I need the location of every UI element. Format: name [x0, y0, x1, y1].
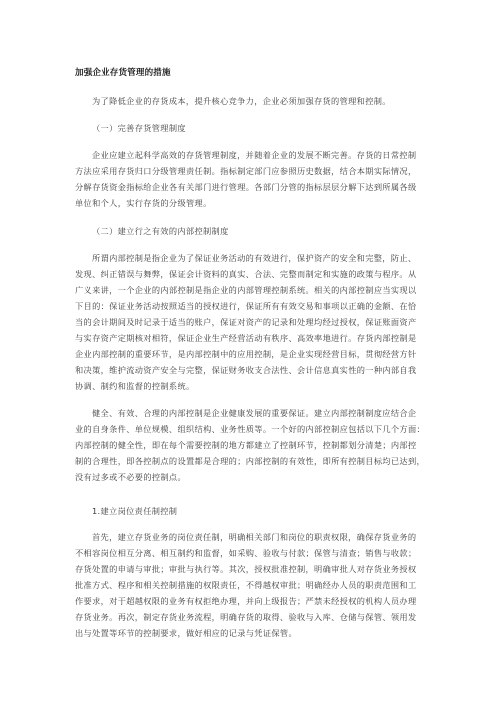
section2-heading: （二）建立行之有效的内部控制制度 — [92, 226, 229, 236]
paragraph-line: 健全、有效、合理的内部控制是企业健康发展的重要保证。建立内部控制制度应结合企 — [92, 408, 416, 418]
paragraph-line: 首先，建立存货业务的岗位责任制，明确相关部门和岗位的职责权限，确保存货业务的 — [92, 532, 416, 542]
paragraph-line: 企业应建立起科学高效的存货管理制度，并随着企业的发展不断完善。存货的日常控制 — [92, 150, 416, 160]
document-title: 加强企业存货管理的措施 — [75, 66, 171, 78]
paragraph-line: 下目的：保证业务活动按照适当的授权进行，保证所有有效交易和事项以正确的金额、在恰 — [75, 301, 417, 311]
subheading-post-responsibility: 1.建立岗位责任制控制 — [92, 506, 177, 516]
paragraph-line: 出与处置等环节的控制要求，做好相应的记录与凭证保管。 — [75, 628, 297, 638]
paragraph-line: 企业内部控制的重要环节，是内部控制中的应用控制，是企业实现经营目标，贯彻经营方针 — [75, 349, 417, 359]
paragraph-line: 协调、制约和监督的控制系统。 — [75, 381, 195, 391]
paragraph-line: 存货业务。再次，制定存货业务流程，明确存货的取得、验收与入库、仓储与保管、领用发 — [75, 612, 417, 622]
paragraph-line: 没有过多或不必要的控制点。 — [75, 472, 186, 482]
paragraph-line: 与实存资产定期核对相符，保证企业生产经营活动有秩序、高效率地进行。存货内部控制是 — [75, 333, 417, 343]
paragraph-line: 批准方式、程序和相关控制措施的权限责任，不得越权审批；明确经办人员的职责范围和工 — [75, 580, 417, 590]
paragraph-line: 单位和个人，实行存货的分级管理。 — [75, 198, 212, 208]
section1-heading: （一）完善存货管理制度 — [92, 123, 186, 133]
document-page: 加强企业存货管理的措施 为了降低企业的存货成本，提升核心竞争力，企业必须加强存货… — [0, 0, 496, 702]
intro-paragraph: 为了降低企业的存货成本，提升核心竞争力，企业必须加强存货的管理和控制。 — [92, 96, 391, 106]
paragraph-line: 内部控制的健全性，即在每个需要控制的地方都建立了控制环节，控制都划分清楚；内部控 — [75, 440, 417, 450]
paragraph-line: 广义来讲，一个企业的内部控制是指企业的内部管理控制系统。相关的内部控制应当实现以 — [75, 285, 417, 295]
paragraph-line: 所谓内部控制是指企业为了保证业务活动的有效进行，保护资产的安全和完整，防止、 — [92, 253, 416, 263]
paragraph-line: 制的合理性，即各控制点的设置都是合理的；内部控制的有效性，即所有控制目标均已达到… — [75, 456, 425, 466]
paragraph-line: 分解存货资金指标给企业各有关部门进行管理。各部门分管的指标层层分解下达到所属各级 — [75, 182, 417, 192]
paragraph-line: 作要求，对于超越权限的业务有权拒绝办理，并向上级报告；严禁未经授权的机构人员办理 — [75, 596, 417, 606]
paragraph-line: 业的自身条件、单位规模、组织结构、业务性质等。一个好的内部控制应包括以下几个方面… — [75, 424, 425, 434]
paragraph-line: 方法应采用存货归口分级管理责任制。指标制定部门应参照历史数据，结合本期实际情况， — [75, 166, 417, 176]
paragraph-line: 存货处置的申请与审批；审批与执行等。其次，授权批准控制，明确审批人对存货业务授权 — [75, 564, 417, 574]
paragraph-line: 不相容岗位相互分离、相互制约和监督，如采购、验收与付款；保管与清查；销售与收款； — [75, 548, 417, 558]
paragraph-line: 发现、纠正错误与舞弊，保证会计资料的真实、合法、完整而制定和实施的政策与程序。从 — [75, 269, 417, 279]
paragraph-line: 和决策，维护流动资产安全与完整，保证财务收支合法性、会计信息真实性的一种内部自我 — [75, 365, 417, 375]
paragraph-line: 当的会计期间及时记录于适当的账户，保证对资产的记录和处理均经过授权，保证账面资产 — [75, 317, 417, 327]
